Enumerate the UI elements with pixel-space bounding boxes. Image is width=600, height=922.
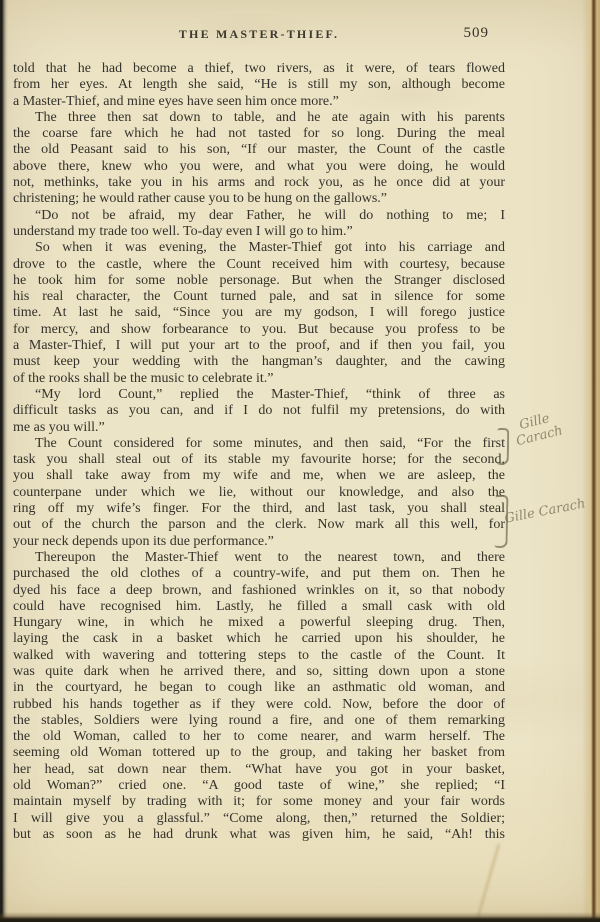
text-line: his real character, the Count turned pal… (13, 289, 505, 305)
text-line: drove to the castle, where the Count rec… (13, 257, 505, 273)
text-line: but as soon as he had drunk what was giv… (13, 827, 505, 843)
binding-edge-left (0, 0, 8, 922)
page-title: THE MASTER-THIEF. (13, 27, 505, 42)
page-number: 509 (464, 25, 490, 42)
text-line: The three then sat down to table, and he… (13, 110, 505, 126)
text-line: christening; he would rather cause you t… (13, 191, 505, 207)
paragraph: The three then sat down to table, and he… (13, 110, 505, 208)
text-line: So when it was evening, the Master-Thief… (13, 240, 505, 256)
text-line: difficult tasks as you can, and if I do … (13, 403, 505, 419)
text-line: the old Peasant said to his son, “If our… (13, 142, 505, 158)
page-crease (474, 843, 500, 922)
text-line: purchased the old clothes of a country-w… (13, 566, 505, 582)
margin-note: Gille Carach (503, 496, 586, 526)
text-line: he took him for some noble personage. Bu… (13, 273, 505, 289)
text-line: walked with wavering and tottering steps… (13, 648, 505, 664)
text-line: time. At last he said, “Since you are my… (13, 305, 505, 321)
text-line: dyed his face a deep brown, and fashione… (13, 583, 505, 599)
text-line: counterpane under which we lie, without … (13, 485, 505, 501)
text-line: task you shall steal out of its stable m… (13, 452, 505, 468)
text-line: “Do not be afraid, my dear Father, he wi… (13, 208, 505, 224)
text-line: the coarse fare which he had not tasted … (13, 126, 505, 142)
text-line: Hungary wine, in which he mixed a powerf… (13, 615, 505, 631)
text-line: Thereupon the Master-Thief went to the n… (13, 550, 505, 566)
text-line: seeming old Woman tottered up to the gro… (13, 745, 505, 761)
paragraph: So when it was evening, the Master-Thief… (13, 240, 505, 387)
text-line: in the courtyard, he began to cough like… (13, 680, 505, 696)
book-page: THE MASTER-THIEF. 509 told that he had b… (0, 0, 600, 922)
text-line: understand my trade too well. To-day eve… (13, 224, 505, 240)
text-line: maintain myself by trading with it; for … (13, 794, 505, 810)
margin-note-line: Gille Carach (503, 496, 586, 526)
paragraph: “My lord Count,” replied the Master-Thie… (13, 387, 505, 436)
text-line: the stables, Soldiers were lying round a… (13, 713, 505, 729)
text-line: for mercy, and show forbearance to you. … (13, 322, 505, 338)
page-edge-bottom (0, 912, 600, 922)
page-body: told that he had become a thief, two riv… (13, 61, 505, 843)
text-line: told that he had become a thief, two riv… (13, 61, 505, 77)
text-line: “My lord Count,” replied the Master-Thie… (13, 387, 505, 403)
paragraph: “Do not be afraid, my dear Father, he wi… (13, 208, 505, 241)
page-edge-right (582, 0, 600, 922)
text-line: The Count considered for some minutes, a… (13, 436, 505, 452)
text-line: a Master-Thief, and mine eyes have seen … (13, 94, 505, 110)
paragraph: Thereupon the Master-Thief went to the n… (13, 550, 505, 843)
text-line: you shall take away from my wife and me,… (13, 468, 505, 484)
text-line: your neck depends upon its due performan… (13, 534, 505, 550)
text-line: me as you will.” (13, 420, 505, 436)
text-line: must keep your wedding with the hangman’… (13, 354, 505, 370)
pencil-bracket (497, 428, 510, 465)
text-line: above there, knew who you were, and what… (13, 159, 505, 175)
text-line: her head, sat down near them. “What have… (13, 762, 505, 778)
text-line: ring off my wife’s finger. For the third… (13, 501, 505, 517)
text-line: laying the cask in a basket which he car… (13, 631, 505, 647)
text-line: old Woman?” cried one. “A good taste of … (13, 778, 505, 794)
text-line: a Master-Thief, I will put your art to t… (13, 338, 505, 354)
text-line: not, methinks, take you in his arms and … (13, 175, 505, 191)
text-line: from her eyes. At length she said, “He i… (13, 77, 505, 93)
text-line: I will give you a glassful.” “Come along… (13, 811, 505, 827)
paragraph: The Count considered for some minutes, a… (13, 436, 505, 550)
text-line: the old Woman, called to her to come nea… (13, 729, 505, 745)
paragraph: told that he had become a thief, two riv… (13, 61, 505, 110)
text-line: rubbed his hands together as if they wer… (13, 697, 505, 713)
text-line: could have recognised him. Lastly, he fi… (13, 599, 505, 615)
margin-note: Gille Carach (511, 409, 564, 450)
text-line: was quite dark when he arrived there, an… (13, 664, 505, 680)
text-line: of the rooks shall be the music to celeb… (13, 371, 505, 387)
text-line: out of the church the parson and the cle… (13, 517, 505, 533)
running-header: THE MASTER-THIEF. 509 (13, 26, 505, 44)
